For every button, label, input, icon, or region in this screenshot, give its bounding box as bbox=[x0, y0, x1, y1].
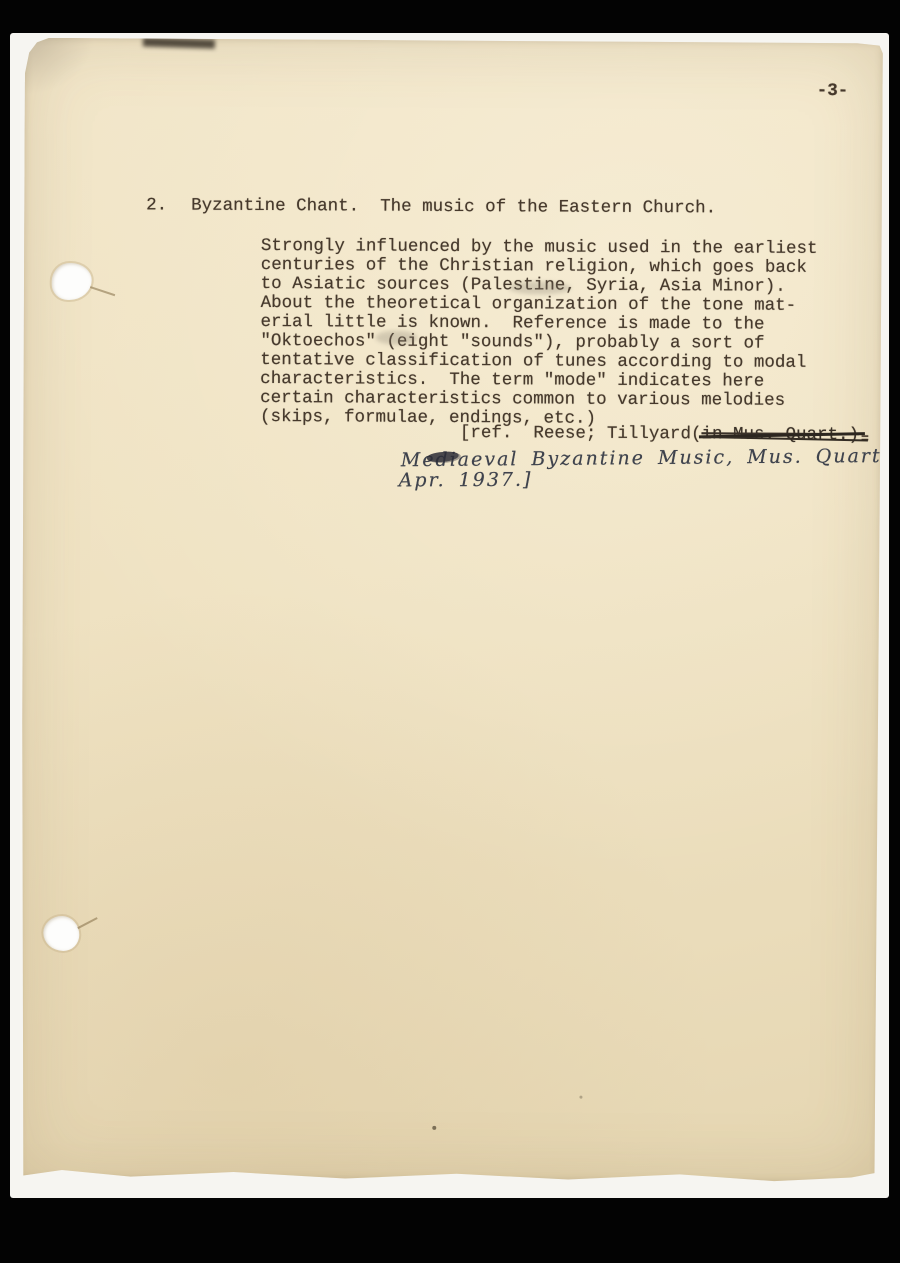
punch-hole-bottom bbox=[43, 916, 79, 951]
ink-speck bbox=[432, 1126, 436, 1130]
punch-hole-top bbox=[52, 263, 92, 300]
top-edge-smudge bbox=[143, 37, 215, 48]
section-title: Byzantine Chant. The music of the Easter… bbox=[191, 196, 716, 219]
smudge-mark bbox=[375, 331, 417, 345]
section-heading: 2.Byzantine Chant. The music of the East… bbox=[146, 196, 716, 218]
smudge-mark bbox=[509, 281, 571, 294]
corner-shadow bbox=[25, 38, 135, 129]
punch-hole-bottom-tear bbox=[77, 917, 97, 929]
punch-hole-top-tear bbox=[90, 286, 115, 296]
ink-speck bbox=[579, 1096, 582, 1099]
reference-text: [ref. Reese; Tillyard( bbox=[460, 423, 702, 444]
scan-background: -3- 2.Byzantine Chant. The music of the … bbox=[0, 0, 900, 1263]
document-page: -3- 2.Byzantine Chant. The music of the … bbox=[19, 38, 883, 1182]
body-paragraph: Strongly influenced by the music used in… bbox=[260, 237, 818, 430]
reference-line: [ref. Reese; Tillyard(in Mus. Quart.)= bbox=[460, 424, 869, 448]
section-number: 2. bbox=[146, 195, 167, 215]
handwritten-citation-line-1: Mediaeval Byzantine Music, Mus. Quart., bbox=[401, 445, 898, 471]
page-number: -3- bbox=[817, 82, 849, 101]
handwritten-citation-line-2: Apr. 1937.] bbox=[399, 469, 533, 492]
crossed-out-text: in Mus. Quart.) bbox=[701, 425, 859, 445]
